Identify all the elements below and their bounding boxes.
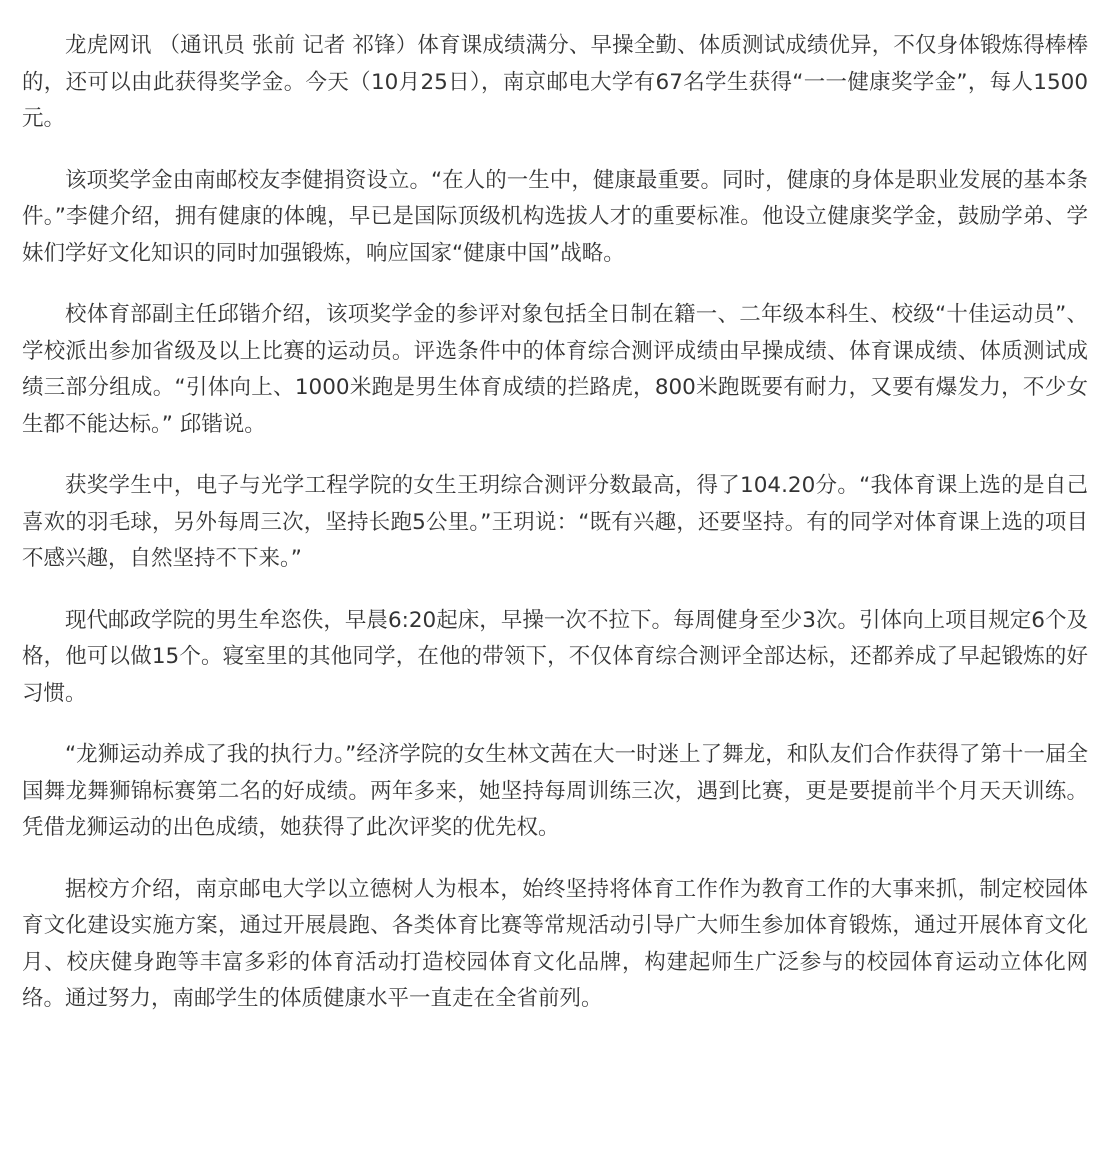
article-paragraph: 校体育部副主任邱锴介绍，该项奖学金的参评对象包括全日制在籍一、二年级本科生、校级… bbox=[22, 297, 1088, 443]
article-body: 龙虎网讯 （通讯员 张前 记者 祁锋）体育课成绩满分、早操全勤、体质测试成绩优异… bbox=[22, 28, 1088, 1043]
article-paragraph: 据校方介绍，南京邮电大学以立德树人为根本，始终坚持将体育工作作为教育工作的大事来… bbox=[22, 872, 1088, 1018]
article-paragraph: 获奖学生中，电子与光学工程学院的女生王玥综合测评分数最高，得了104.20分。“… bbox=[22, 468, 1088, 578]
article-paragraph: 该项奖学金由南邮校友李健捐资设立。“在人的一生中，健康最重要。同时，健康的身体是… bbox=[22, 163, 1088, 273]
article-paragraph: 龙虎网讯 （通讯员 张前 记者 祁锋）体育课成绩满分、早操全勤、体质测试成绩优异… bbox=[22, 28, 1088, 138]
article-paragraph: 现代邮政学院的男生牟恣佚，早晨6:20起床，早操一次不拉下。每周健身至少3次。引… bbox=[22, 603, 1088, 713]
article-paragraph: “龙狮运动养成了我的执行力。”经济学院的女生林文茜在大一时迷上了舞龙，和队友们合… bbox=[22, 737, 1088, 847]
